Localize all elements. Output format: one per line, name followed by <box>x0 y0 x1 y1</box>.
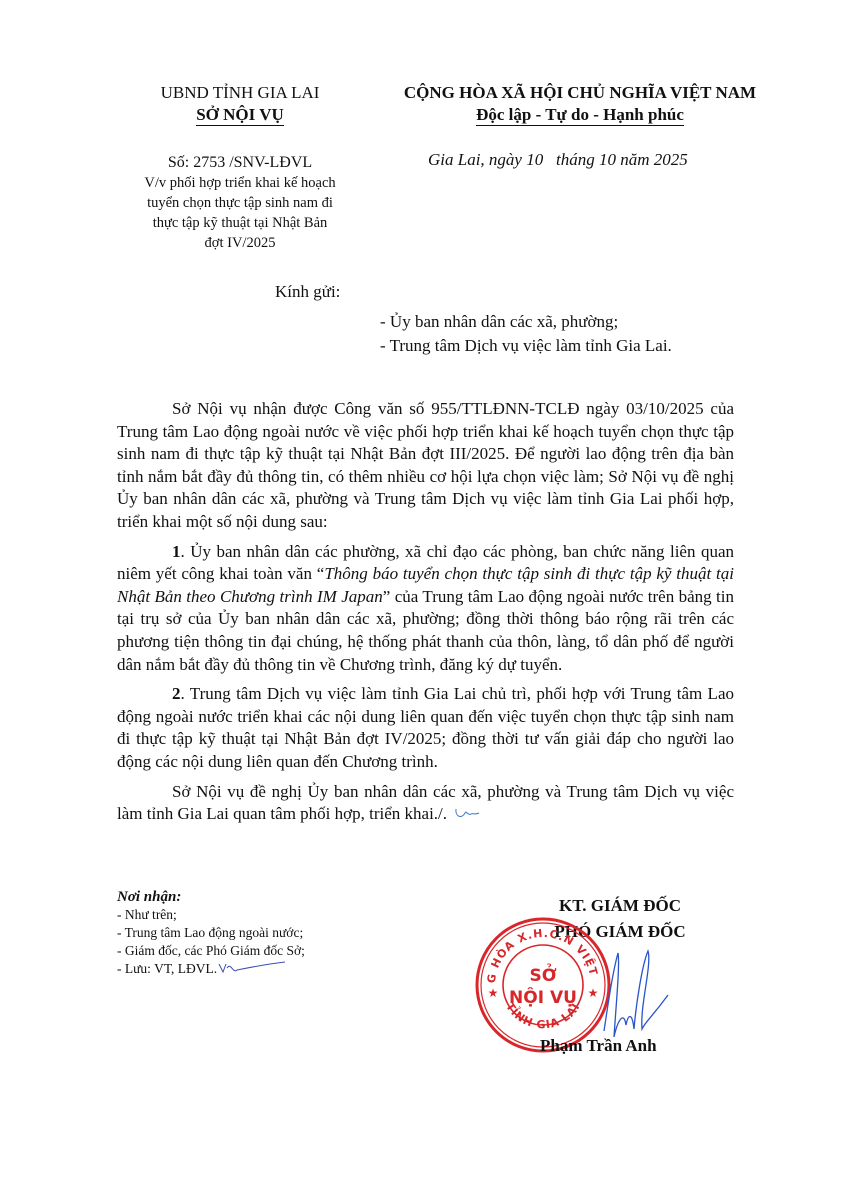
recipients-list: - Ủy ban nhân dân các xã, phường; - Trun… <box>380 310 672 358</box>
distribution-item: - Trung tâm Lao động ngoài nước; <box>117 924 417 942</box>
national-motto: Độc lập - Tự do - Hạnh phúc <box>476 105 684 126</box>
document-number: Số: 2753 /SNV-LĐVL <box>140 152 340 173</box>
signer-name: Phạm Trần Anh <box>540 1036 657 1056</box>
distribution-title: Nơi nhận: <box>117 888 417 906</box>
national-header: CỘNG HÒA XÃ HỘI CHỦ NGHĨA VIỆT NAM Độc l… <box>370 82 790 126</box>
recipients-label: Kính gửi: <box>275 282 340 302</box>
item-2-paragraph: 2. Trung tâm Dịch vụ việc làm tỉnh Gia L… <box>117 683 734 773</box>
distribution-item: - Giám đốc, các Phó Giám đốc Sở; <box>117 942 417 960</box>
document-number-value: 2753 <box>193 154 225 171</box>
svg-text:SỞ: SỞ <box>529 962 556 986</box>
initial-mark-icon <box>453 805 481 821</box>
svg-text:★: ★ <box>488 986 499 1000</box>
item-1-paragraph: 1. Ủy ban nhân dân các phường, xã chỉ đạ… <box>117 541 734 677</box>
issuing-agency-block: UBND TỈNH GIA LAI SỞ NỘI VỤ <box>140 82 340 126</box>
parent-agency: UBND TỈNH GIA LAI <box>140 82 340 104</box>
national-title: CỘNG HÒA XÃ HỘI CHỦ NGHĨA VIỆT NAM <box>370 82 790 104</box>
distribution-item: - Như trên; <box>117 906 417 924</box>
document-body: Sở Nội vụ nhận được Công văn số 955/TTLĐ… <box>117 398 734 833</box>
svg-text:NỘI VỤ: NỘI VỤ <box>509 986 577 1008</box>
initial-mark-icon <box>217 960 287 976</box>
distribution-list: Nơi nhận: - Như trên; - Trung tâm Lao độ… <box>117 888 417 978</box>
document-subject: V/v phối hợp triển khai kế hoạch tuyển c… <box>125 173 355 253</box>
document-date: Gia Lai, ngày 10 tháng 10 năm 2025 <box>428 150 688 170</box>
distribution-item: - Lưu: VT, LĐVL. <box>117 960 417 978</box>
intro-paragraph: Sở Nội vụ nhận được Công văn số 955/TTLĐ… <box>117 398 734 534</box>
recipient-item: - Ủy ban nhân dân các xã, phường; <box>380 310 672 334</box>
agency-name: SỞ NỘI VỤ <box>196 105 284 126</box>
closing-paragraph: Sở Nội vụ đề nghị Ủy ban nhân dân các xã… <box>117 781 734 826</box>
recipient-item: - Trung tâm Dịch vụ việc làm tỉnh Gia La… <box>380 334 672 358</box>
handwritten-signature-icon <box>590 945 670 1045</box>
